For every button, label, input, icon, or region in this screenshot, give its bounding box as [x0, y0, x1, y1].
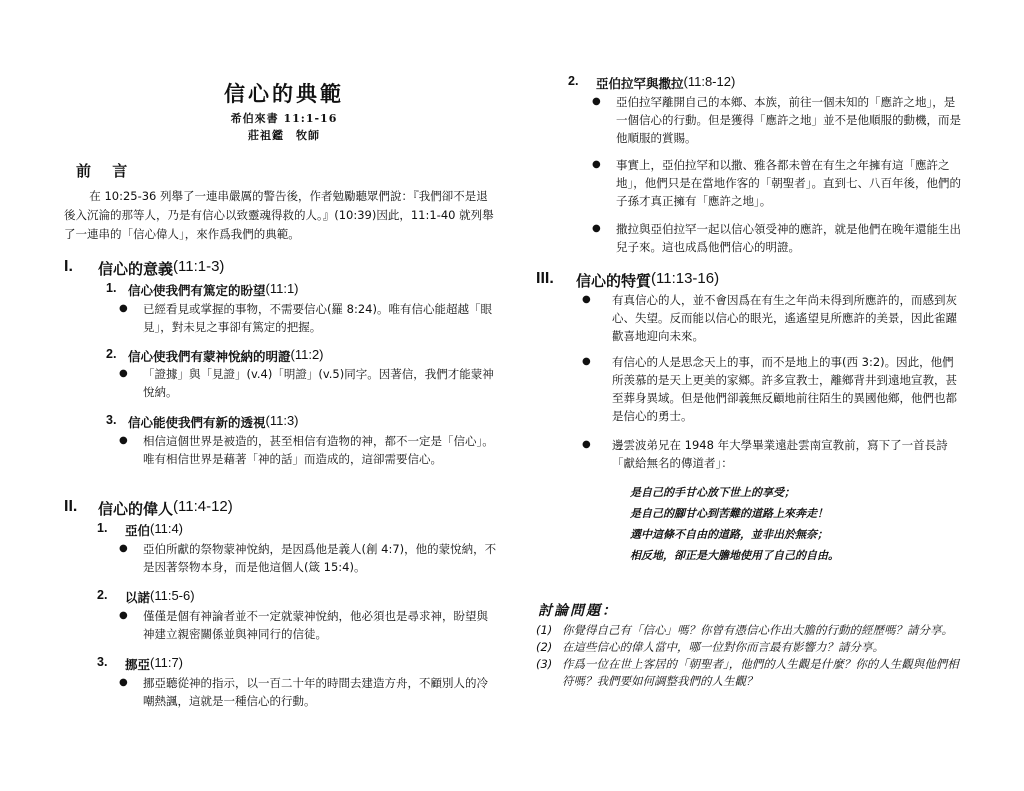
subsection-ref: (11:5-6) [150, 588, 195, 606]
list-item: ● 已經看見或掌握的事物，不需要信心(羅 8:24)。唯有信心能超越「眼見」，對… [119, 300, 499, 336]
scripture-reference: 希伯來書 11:1-16 [64, 110, 504, 126]
subsection-title: 信心使我們有篤定的盼望 [128, 281, 266, 299]
section-ref: (11:13-16) [651, 270, 719, 291]
section-number: II. [64, 498, 98, 519]
bullet-text: 「證據」與「見證」(v.4)「明證」(v.5)同字。因著信，我們才能蒙神悅納。 [143, 365, 499, 401]
bullet-icon: ● [592, 156, 616, 210]
subsection-number: 3. [106, 413, 128, 431]
page-title: 信心的典範 [64, 78, 504, 108]
discussion-question: (2) 在這些信心的偉人當中，哪一位對你而言最有影響力？請分享。 [536, 639, 966, 656]
bullet-icon: ● [582, 291, 612, 345]
question-number: (2) [536, 639, 562, 656]
discussion-question: (3) 作爲一位在世上客居的「朝聖者」，他們的人生觀是什麼？你的人生觀與他們相符… [536, 656, 966, 690]
poem-line: 選中這條不自由的道路，並非出於無奈； [630, 524, 960, 545]
bullet-text: 挪亞聽從神的指示，以一百二十年的時間去建造方舟，不顧別人的冷嘲熱諷，這就是一種信… [143, 674, 499, 710]
subsection-title: 以諾 [125, 588, 150, 606]
section-title: 信心的偉人 [98, 498, 173, 519]
section-title: 信心的意義 [98, 258, 173, 279]
subsection-ref: (11:7) [150, 655, 183, 673]
question-text: 作爲一位在世上客居的「朝聖者」，他們的人生觀是什麼？你的人生觀與他們相符嗎？我們… [562, 656, 966, 690]
list-item: ● 亞伯拉罕離開自己的本鄉、本族，前往一個未知的「應許之地」，是一個信心的行動。… [592, 93, 964, 147]
bullet-text: 撒拉與亞伯拉罕一起以信心領受神的應許，就是他們在晚年還能生出兒子來。這也成爲他們… [616, 220, 964, 256]
question-number: (3) [536, 656, 562, 690]
list-item: ● 撒拉與亞伯拉罕一起以信心領受神的應許，就是他們在晚年還能生出兒子來。這也成爲… [592, 220, 964, 256]
bullet-icon: ● [119, 365, 143, 401]
bullet-text: 相信這個世界是被造的，甚至相信有造物的神，都不一定是「信心」。唯有相信世界是藉著… [143, 432, 499, 468]
subsection-ref: (11:3) [266, 413, 299, 431]
preface-text: 在 10:25-36 列舉了一連串嚴厲的警告後，作者勉勵聽眾們說：『我們卻不是退… [64, 187, 499, 244]
poem-line: 相反地，卻正是大膽地使用了自己的自由。 [630, 545, 960, 566]
subsection-title: 亞伯拉罕與撒拉 [596, 74, 684, 92]
bullet-icon: ● [582, 353, 612, 425]
subsection-title: 亞伯 [125, 521, 150, 539]
bullet-icon: ● [119, 300, 143, 336]
bullet-text: 已經看見或掌握的事物，不需要信心(羅 8:24)。唯有信心能超越「眼見」，對未見… [143, 300, 499, 336]
subsection-ref: (11:2) [291, 347, 324, 365]
list-item: ● 挪亞聽從神的指示，以一百二十年的時間去建造方舟，不顧別人的冷嘲熱諷，這就是一… [119, 674, 499, 710]
bullet-icon: ● [119, 540, 143, 576]
poem-line: 是自己的腳甘心到苦難的道路上來奔走！ [630, 503, 960, 524]
bullet-text: 亞伯拉罕離開自己的本鄉、本族，前往一個未知的「應許之地」，是一個信心的行動。但是… [616, 93, 964, 147]
list-item: ● 事實上，亞伯拉罕和以撒、雅各都未曾在有生之年擁有這「應許之地」，他們只是在當… [592, 156, 964, 210]
subsection-number: 3. [97, 655, 125, 673]
list-item: ● 僅僅是個有神論者並不一定就蒙神悅納，他必須也是尋求神，盼望與神建立親密關係並… [119, 607, 499, 643]
section-title: 信心的特質 [576, 270, 651, 291]
section-ref: (11:4-12) [173, 498, 233, 519]
preface-heading: 前 言 [76, 160, 135, 181]
bullet-text: 亞伯所獻的祭物蒙神悅納，是因爲他是義人(創 4:7)，他的蒙悅納，不是因著祭物本… [143, 540, 499, 576]
subsection-title: 信心使我們有蒙神悅納的明證 [128, 347, 291, 365]
section-number: III. [536, 270, 576, 291]
subsection-heading: 3. 信心能使我們有新的透視 (11:3) [106, 413, 299, 431]
section-heading-2: II. 信心的偉人 (11:4-12) [64, 498, 233, 519]
poem-block: 是自己的手甘心放下世上的享受； 是自己的腳甘心到苦難的道路上來奔走！ 選中這條不… [630, 482, 960, 566]
subsection-number: 2. [568, 74, 596, 92]
section-heading-3: III. 信心的特質 (11:13-16) [536, 270, 719, 291]
subsection-ref: (11:8-12) [684, 74, 736, 92]
discussion-heading: 討論問題： [538, 600, 618, 620]
question-number: (1) [536, 622, 562, 639]
list-item: ● 「證據」與「見證」(v.4)「明證」(v.5)同字。因著信，我們才能蒙神悅納… [119, 365, 499, 401]
list-item: ● 邊雲波弟兄在 1948 年大學畢業遠赴雲南宣教前，寫下了一首長詩「獻給無名的… [582, 436, 964, 472]
discussion-questions: (1) 你覺得自己有「信心」嗎？你曾有憑信心作出大膽的行動的經歷嗎？請分享。 (… [536, 622, 966, 690]
subsection-heading: 1. 亞伯 (11:4) [97, 521, 183, 539]
subsection-heading: 2. 亞伯拉罕與撒拉 (11:8-12) [568, 74, 735, 92]
bullet-icon: ● [592, 220, 616, 256]
bullet-icon: ● [119, 432, 143, 468]
list-item: ● 有信心的人是思念天上的事，而不是地上的事(西 3:2)。因此，他們所羡慕的是… [582, 353, 964, 425]
bullet-text: 有信心的人是思念天上的事，而不是地上的事(西 3:2)。因此，他們所羡慕的是天上… [612, 353, 964, 425]
bullet-text: 事實上，亞伯拉罕和以撒、雅各都未曾在有生之年擁有這「應許之地」，他們只是在當地作… [616, 156, 964, 210]
subsection-number: 1. [97, 521, 125, 539]
question-text: 在這些信心的偉人當中，哪一位對你而言最有影響力？請分享。 [562, 639, 966, 656]
subsection-title: 挪亞 [125, 655, 150, 673]
subsection-ref: (11:4) [150, 521, 183, 539]
list-item: ● 相信這個世界是被造的，甚至相信有造物的神，都不一定是「信心」。唯有相信世界是… [119, 432, 499, 468]
bullet-icon: ● [119, 674, 143, 710]
subsection-heading: 1. 信心使我們有篤定的盼望 (11:1) [106, 281, 299, 299]
speaker-name: 莊祖鑑 牧師 [64, 127, 504, 143]
subsection-heading: 2. 以諾 (11:5-6) [97, 588, 195, 606]
discussion-question: (1) 你覺得自己有「信心」嗎？你曾有憑信心作出大膽的行動的經歷嗎？請分享。 [536, 622, 966, 639]
bullet-icon: ● [119, 607, 143, 643]
list-item: ● 亞伯所獻的祭物蒙神悅納，是因爲他是義人(創 4:7)，他的蒙悅納，不是因著祭… [119, 540, 499, 576]
list-item: ● 有真信心的人，並不會因爲在有生之年尚未得到所應許的，而感到灰心、失望。反而能… [582, 291, 964, 345]
question-text: 你覺得自己有「信心」嗎？你曾有憑信心作出大膽的行動的經歷嗎？請分享。 [562, 622, 966, 639]
bullet-icon: ● [592, 93, 616, 147]
subsection-number: 2. [97, 588, 125, 606]
subsection-heading: 3. 挪亞 (11:7) [97, 655, 183, 673]
section-number: I. [64, 258, 98, 279]
section-heading-1: I. 信心的意義 (11:1-3) [64, 258, 224, 279]
bullet-text: 僅僅是個有神論者並不一定就蒙神悅納，他必須也是尋求神，盼望與神建立親密關係並與神… [143, 607, 499, 643]
section-ref: (11:1-3) [173, 258, 224, 279]
subsection-ref: (11:1) [266, 281, 299, 299]
bullet-text: 有真信心的人，並不會因爲在有生之年尚未得到所應許的，而感到灰心、失望。反而能以信… [612, 291, 964, 345]
bullet-text: 邊雲波弟兄在 1948 年大學畢業遠赴雲南宣教前，寫下了一首長詩「獻給無名的傳道… [612, 436, 964, 472]
subsection-number: 1. [106, 281, 128, 299]
poem-line: 是自己的手甘心放下世上的享受； [630, 482, 960, 503]
subsection-heading: 2. 信心使我們有蒙神悅納的明證 (11:2) [106, 347, 324, 365]
subsection-number: 2. [106, 347, 128, 365]
bullet-icon: ● [582, 436, 612, 472]
subsection-title: 信心能使我們有新的透視 [128, 413, 266, 431]
